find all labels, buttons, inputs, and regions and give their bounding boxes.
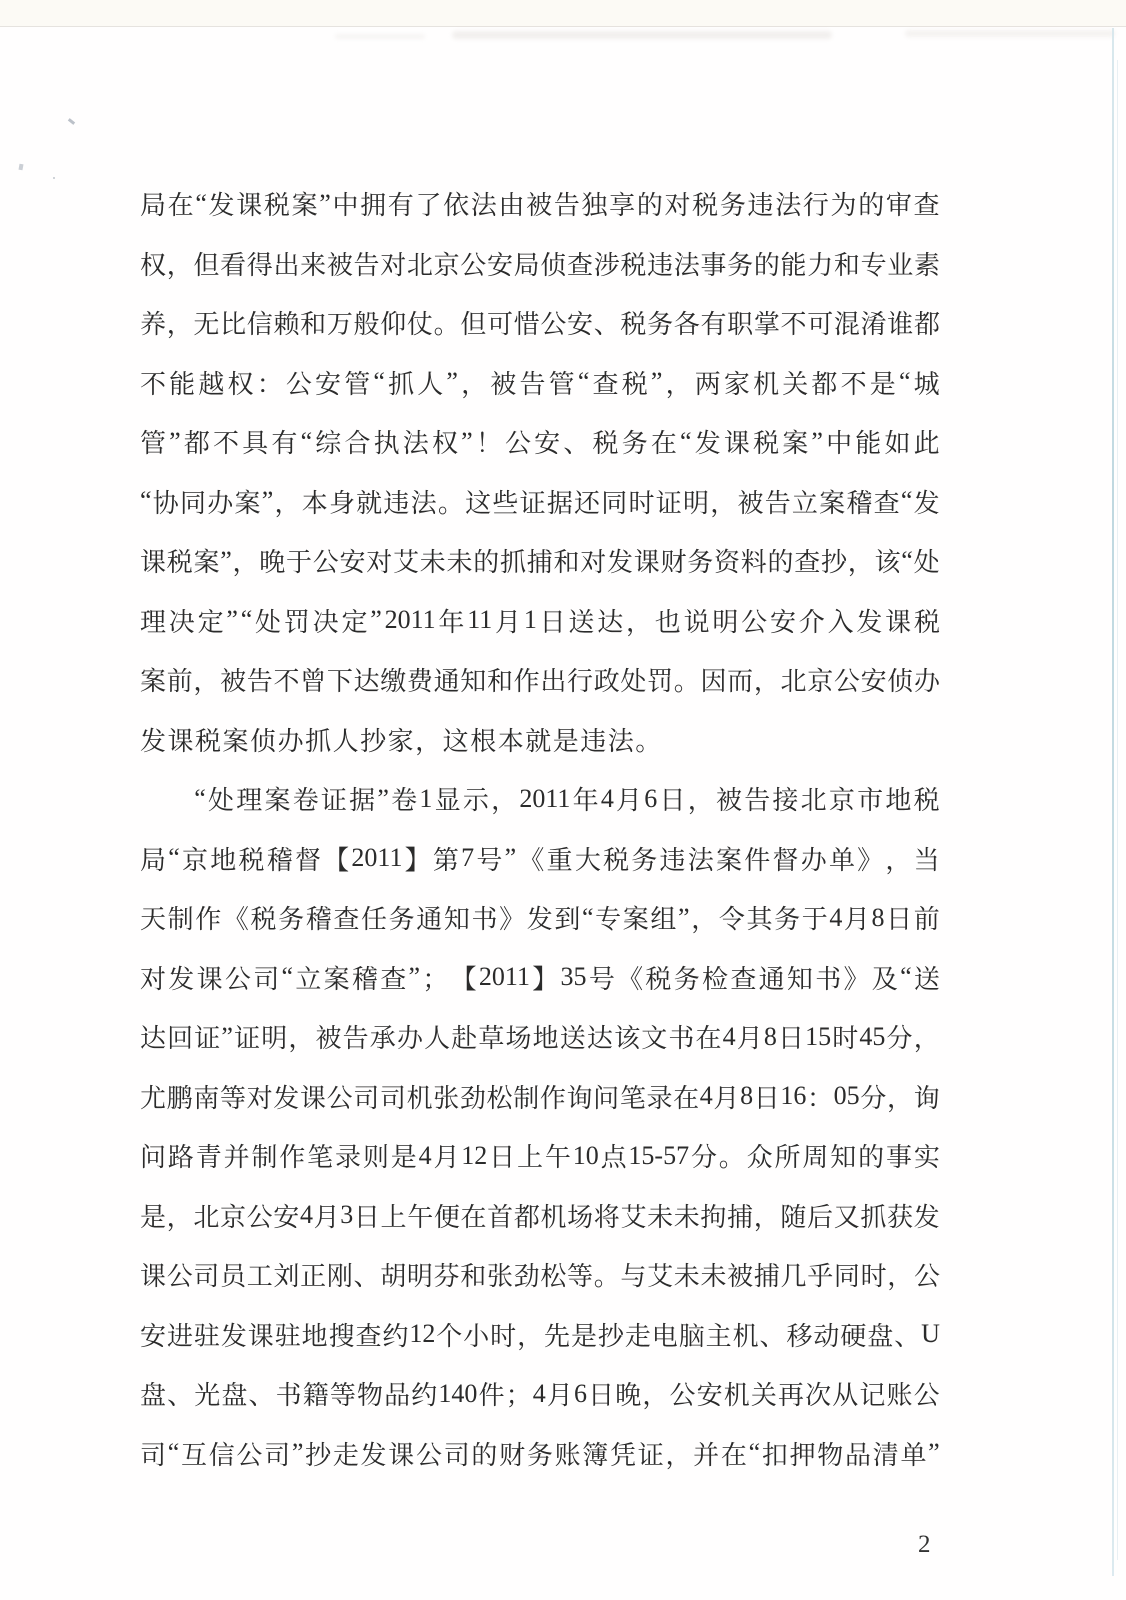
text-line: 养，无比信赖和万般仰仗。但可惜公安、税务各有职掌不可混淆谁都	[140, 293, 940, 353]
text-line: 局“京地税稽督【2011】第7号”《重大税务违法案件督办单》，当	[140, 829, 940, 889]
scan-smudge	[905, 30, 1115, 37]
text-line: 局在“发课税案”中拥有了依法由被告独享的对税务违法行为的审查	[140, 174, 940, 234]
document-body-text: 局在“发课税案”中拥有了依法由被告独享的对税务违法行为的审查权，但看得出来被告对…	[140, 174, 940, 1483]
page-number: 2	[918, 1531, 931, 1559]
text-line: 安进驻发课驻地搜查约12个小时，先是抄走电脑主机、移动硬盘、U	[140, 1305, 940, 1365]
scan-hairline	[0, 26, 1126, 27]
text-line: “协同办案”，本身就违法。这些证据还同时证明，被告立案稽查“发	[140, 472, 940, 532]
text-line: 课公司员工刘正刚、胡明芬和张劲松等。与艾未未被捕几乎同时，公	[140, 1245, 940, 1305]
text-line: 尤鹏南等对发课公司司机张劲松制作询问笔录在4月8日16：05分，询	[140, 1067, 940, 1127]
text-line: 课税案”，晚于公安对艾未未的抓捕和对发课财务资料的查抄，该“处	[140, 531, 940, 591]
text-line: 问路青并制作笔录则是4月12日上午10点15-57分。众所周知的事实	[140, 1126, 940, 1186]
text-line: 权，但看得出来被告对北京公安局侦查涉税违法事务的能力和专业素	[140, 234, 940, 294]
text-line: 理决定”“处罚决定”2011年11月1日送达，也说明公安介入发课税	[140, 591, 940, 651]
scan-speck	[19, 164, 24, 171]
text-line: 案前，被告不曾下达缴费通知和作出行政处罚。因而，北京公安侦办	[140, 650, 940, 710]
text-line: 是，北京公安4月3日上午便在首都机场将艾未未拘捕，随后又抓获发	[140, 1186, 940, 1246]
text-line: 司“互信公司”抄走发课公司的财务账簿凭证，并在“扣押物品清单”	[140, 1424, 940, 1484]
scan-smudge	[452, 31, 832, 39]
text-line: 对发课公司“立案稽查”；【2011】35号《税务检查通知书》及“送	[140, 948, 940, 1008]
text-line: 不能越权：公安管“抓人”，被告管“查税”，两家机关都不是“城	[140, 353, 940, 413]
text-line: 发课税案侦办抓人抄家，这根本就是违法。	[140, 710, 940, 770]
text-line: “处理案卷证据”卷1显示，2011年4月6日，被告接北京市地税	[140, 769, 940, 829]
scan-edge-artifact	[1117, 60, 1118, 1560]
scan-top-strip	[0, 0, 1126, 26]
text-line: 管”都不具有“综合执法权”！公安、税务在“发课税案”中能如此	[140, 412, 940, 472]
document-page: 局在“发课税案”中拥有了依法由被告独享的对税务违法行为的审查权，但看得出来被告对…	[0, 0, 1126, 1600]
scan-smudge	[335, 34, 425, 39]
text-line: 盘、光盘、书籍等物品约140件；4月6日晚，公安机关再次从记账公	[140, 1364, 940, 1424]
text-line: 达回证”证明，被告承办人赴草场地送达该文书在4月8日15时45分，	[140, 1007, 940, 1067]
scan-speck	[53, 177, 55, 179]
scan-speck	[68, 118, 75, 125]
text-line: 天制作《税务稽查任务通知书》发到“专案组”，令其务于4月8日前	[140, 888, 940, 948]
scan-edge-artifact	[1112, 28, 1114, 1576]
